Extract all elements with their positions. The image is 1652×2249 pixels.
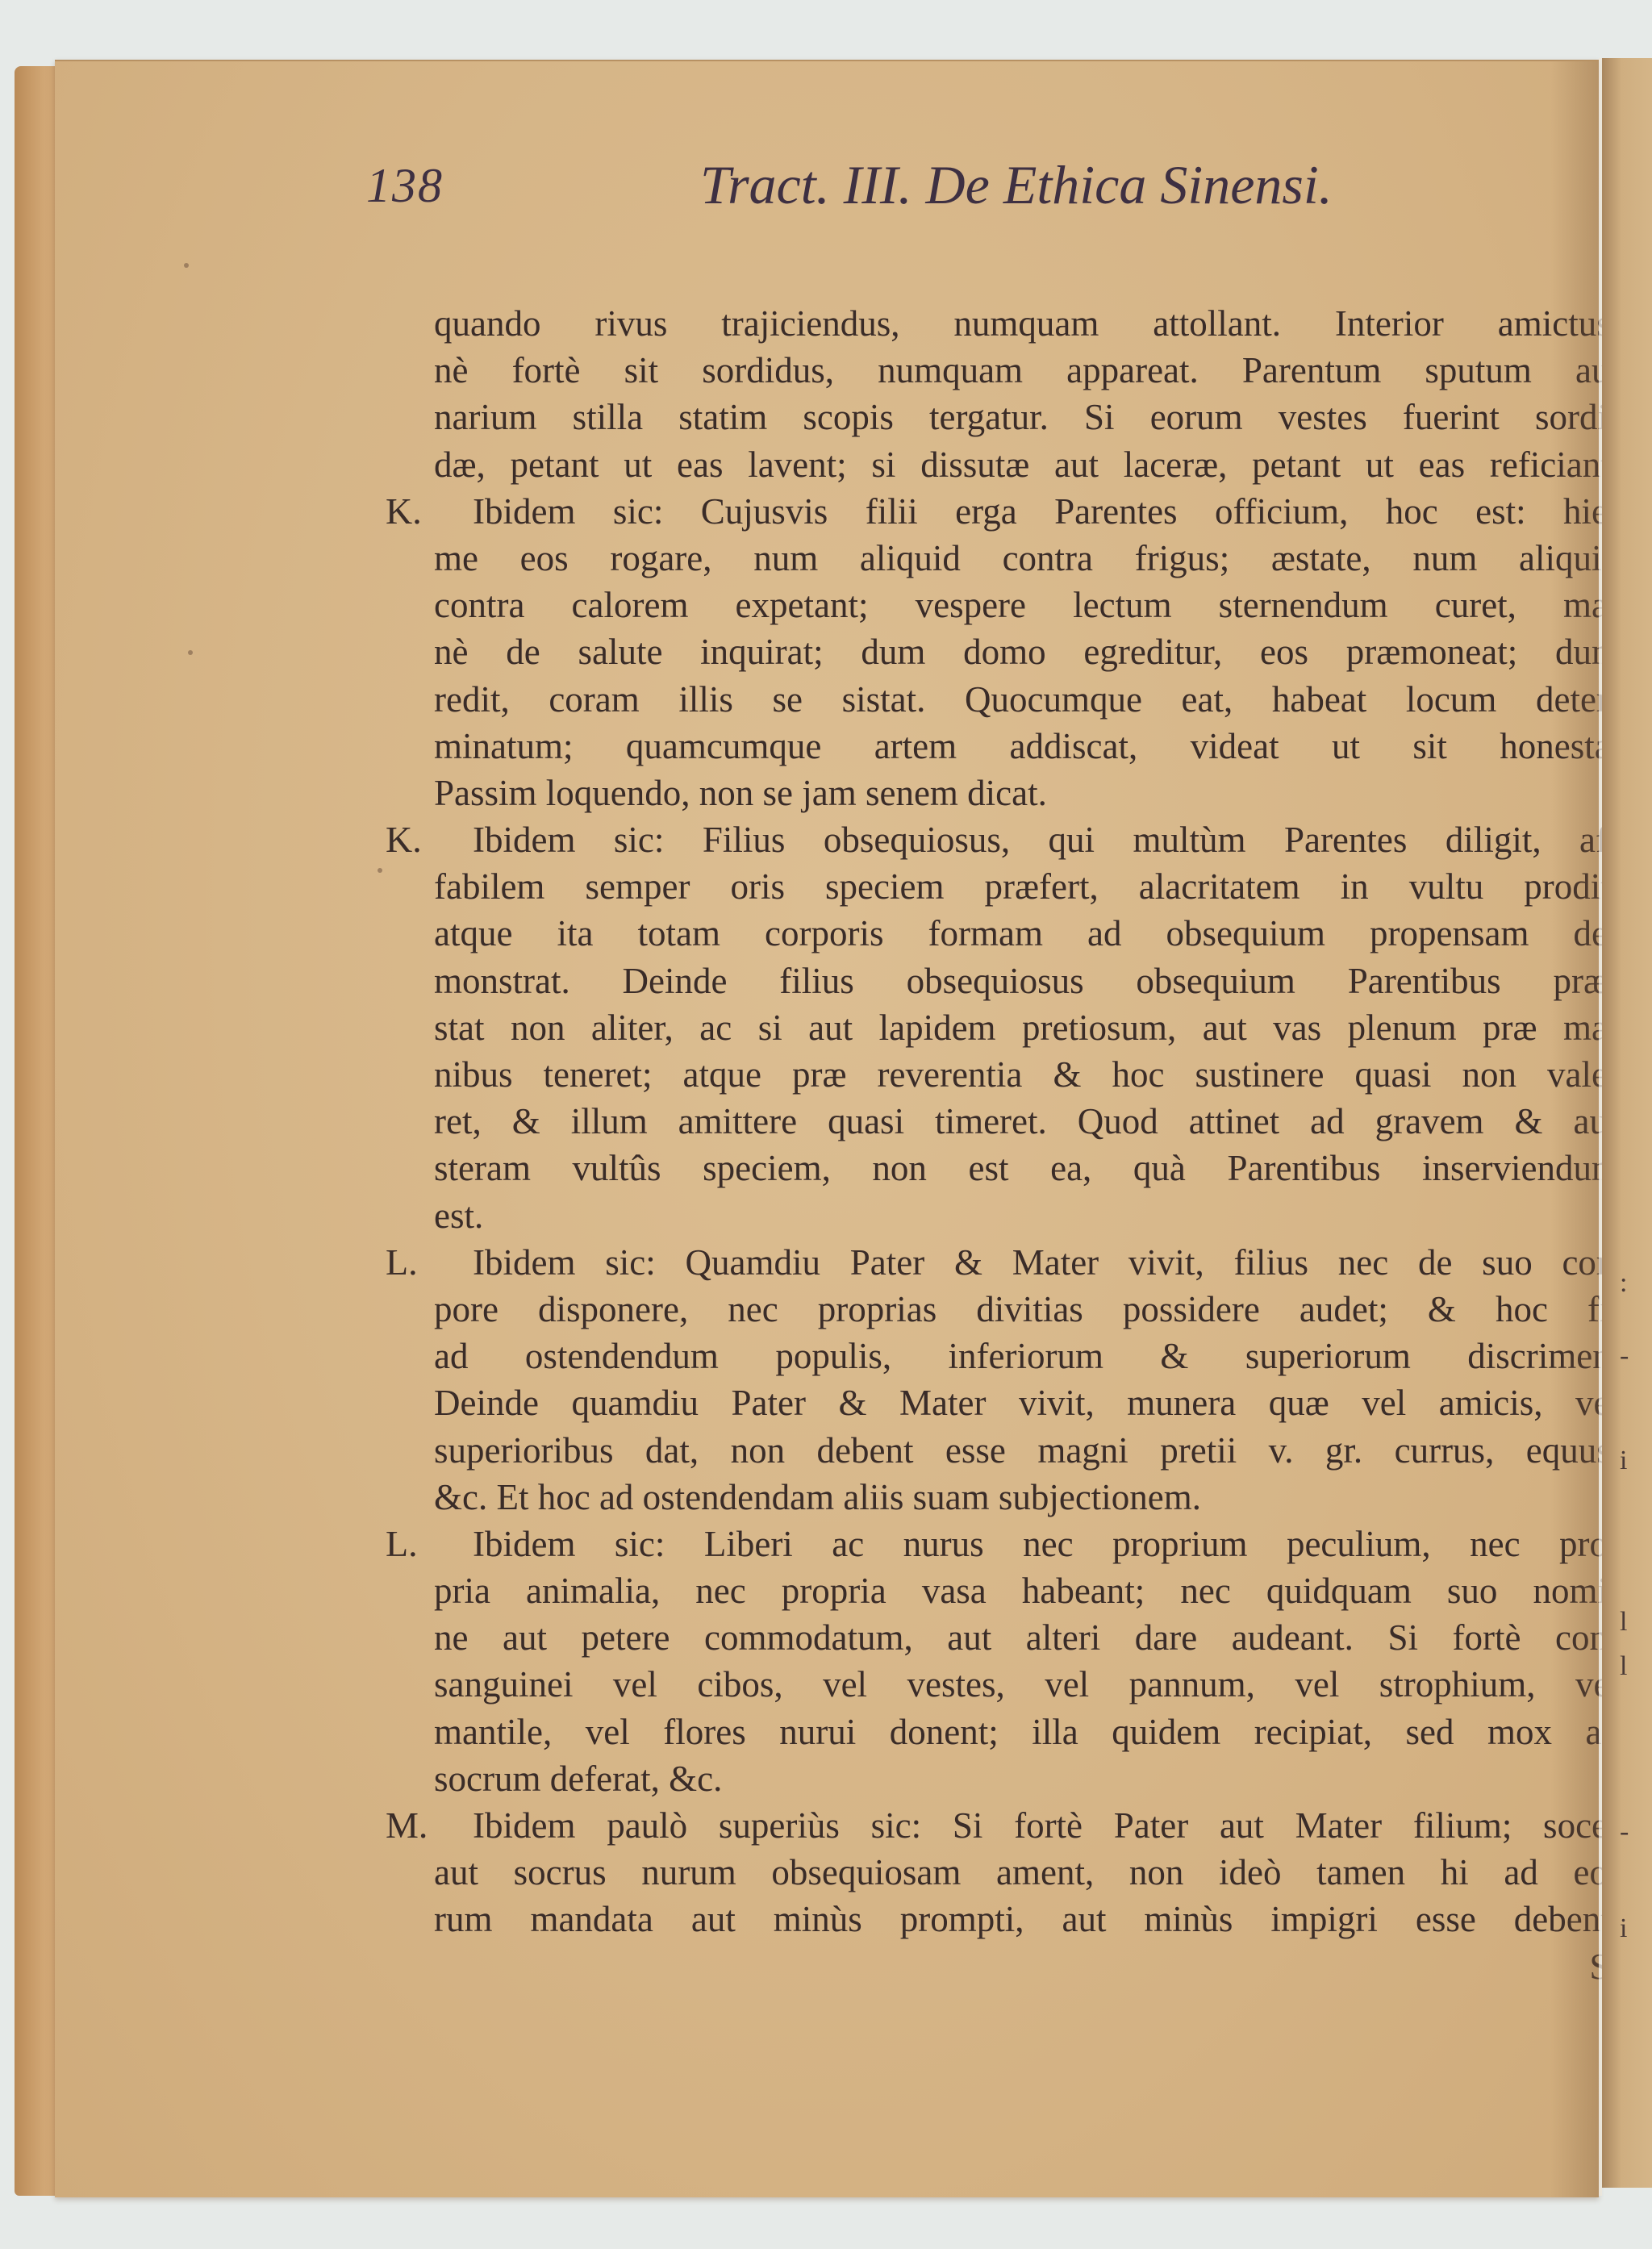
text-line: pore disponere, nec proprias divitias po… <box>434 1286 1620 1333</box>
adjacent-page-glyph: - <box>1620 1341 1629 1371</box>
adjacent-page-glyph: - <box>1620 1817 1629 1847</box>
paragraph-m-1: M. Ibidem paulò superiùs sic: Si fortè P… <box>386 1802 1620 1943</box>
page-number: 138 <box>366 158 444 214</box>
text-line: redit, coram illis se sistat. Quocumque … <box>434 676 1620 723</box>
paragraph-l-2: L. Ibidem sic: Liberi ac nurus nec propr… <box>386 1521 1620 1802</box>
running-title: Tract. III. De Ethica Sinensi. <box>700 153 1333 217</box>
paragraph-continuation: quando rivus trajiciendus, numquam attol… <box>386 300 1620 488</box>
paper-blemish <box>184 263 189 268</box>
text-line: narium stilla statim scopis tergatur. Si… <box>434 394 1620 440</box>
paper-blemish <box>378 868 382 873</box>
book-block: 138 Tract. III. De Ethica Sinensi. quand… <box>10 58 1623 2205</box>
text-line: Ibidem sic: Filius obsequiosus, qui mult… <box>434 816 1620 863</box>
section-marker: L. <box>386 1521 418 1567</box>
adjacent-page-glyph: : <box>1620 1268 1627 1299</box>
text-line: me eos rogare, num aliquid contra frigus… <box>434 535 1620 582</box>
text-line: pria animalia, nec propria vasa habeant;… <box>434 1567 1620 1614</box>
text-line: monstrat. Deinde filius obsequiosus obse… <box>434 958 1620 1004</box>
adjacent-page-glyph: i <box>1620 1913 1627 1944</box>
paper-blemish <box>188 650 193 655</box>
text-line: Ibidem sic: Cujusvis filii erga Parentes… <box>434 488 1620 535</box>
text-line: nè fortè sit sordidus, numquam appareat.… <box>434 347 1620 394</box>
text-line: mantile, vel flores nurui donent; illa q… <box>434 1709 1620 1755</box>
text-line: nè de salute inquirat; dum domo egreditu… <box>434 628 1620 675</box>
section-marker: M. <box>386 1802 428 1849</box>
book-page: 138 Tract. III. De Ethica Sinensi. quand… <box>55 60 1599 2197</box>
text-line: Ibidem sic: Quamdiu Pater & Mater vivit,… <box>434 1239 1620 1286</box>
text-line: contra calorem expetant; vespere lectum … <box>434 582 1620 628</box>
text-line: steram vultûs speciem, non est ea, quà P… <box>434 1145 1620 1191</box>
text-line: dæ, petant ut eas lavent; si dissutæ aut… <box>434 441 1620 488</box>
text-line: aut socrus nurum obsequiosam ament, non … <box>434 1849 1620 1896</box>
body-text: quando rivus trajiciendus, numquam attol… <box>386 300 1620 1990</box>
text-line: minatum; quamcumque artem addiscat, vide… <box>434 723 1620 770</box>
adjacent-page-glyph: l <box>1620 1651 1627 1682</box>
text-line: superioribus dat, non debent esse magni … <box>434 1427 1620 1474</box>
paragraph-k-2: K. Ibidem sic: Filius obsequiosus, qui m… <box>386 816 1620 1239</box>
section-marker: L. <box>386 1239 418 1286</box>
text-line: fabilem semper oris speciem præfert, ala… <box>434 863 1620 910</box>
text-line: stat non aliter, ac si aut lapidem preti… <box>434 1004 1620 1051</box>
text-line: rum mandata aut minùs prompti, aut minùs… <box>434 1896 1620 1942</box>
text-line: est. <box>434 1192 1620 1239</box>
paragraph-l-1: L. Ibidem sic: Quamdiu Pater & Mater viv… <box>386 1239 1620 1521</box>
text-line: socrum deferat, &c. <box>434 1755 1620 1802</box>
text-line: quando rivus trajiciendus, numquam attol… <box>434 300 1620 347</box>
running-head: 138 Tract. III. De Ethica Sinensi. <box>345 150 1394 223</box>
text-line: ne aut petere commodatum, aut alteri dar… <box>434 1614 1620 1661</box>
paragraph-k-1: K. Ibidem sic: Cujusvis filii erga Paren… <box>386 488 1620 816</box>
section-marker: K. <box>386 488 422 535</box>
text-line: ad ostendendum populis, inferiorum & sup… <box>434 1333 1620 1379</box>
section-marker: K. <box>386 816 422 863</box>
text-line: Deinde quamdiu Pater & Mater vivit, mune… <box>434 1379 1620 1426</box>
text-line: sanguinei vel cibos, vel vestes, vel pan… <box>434 1661 1620 1708</box>
text-line: Ibidem sic: Liberi ac nurus nec proprium… <box>434 1521 1620 1567</box>
text-line: nibus teneret; atque præ reverentia & ho… <box>434 1051 1620 1098</box>
text-line: &c. Et hoc ad ostendendam aliis suam sub… <box>434 1474 1620 1521</box>
text-line: Passim loquendo, non se jam senem dicat. <box>434 770 1620 816</box>
adjacent-page-glyph: i <box>1620 1446 1627 1476</box>
text-line: ret, & illum amittere quasi timeret. Quo… <box>434 1098 1620 1145</box>
text-line: Ibidem paulò superiùs sic: Si fortè Pate… <box>434 1802 1620 1849</box>
page-edge-stack <box>15 66 56 2196</box>
catchword: Si <box>386 1943 1620 1990</box>
adjacent-page-glyph: l <box>1620 1607 1627 1638</box>
adjacent-page-edge: : - i l l - i <box>1602 58 1652 2188</box>
text-line: atque ita totam corporis formam ad obseq… <box>434 910 1620 957</box>
